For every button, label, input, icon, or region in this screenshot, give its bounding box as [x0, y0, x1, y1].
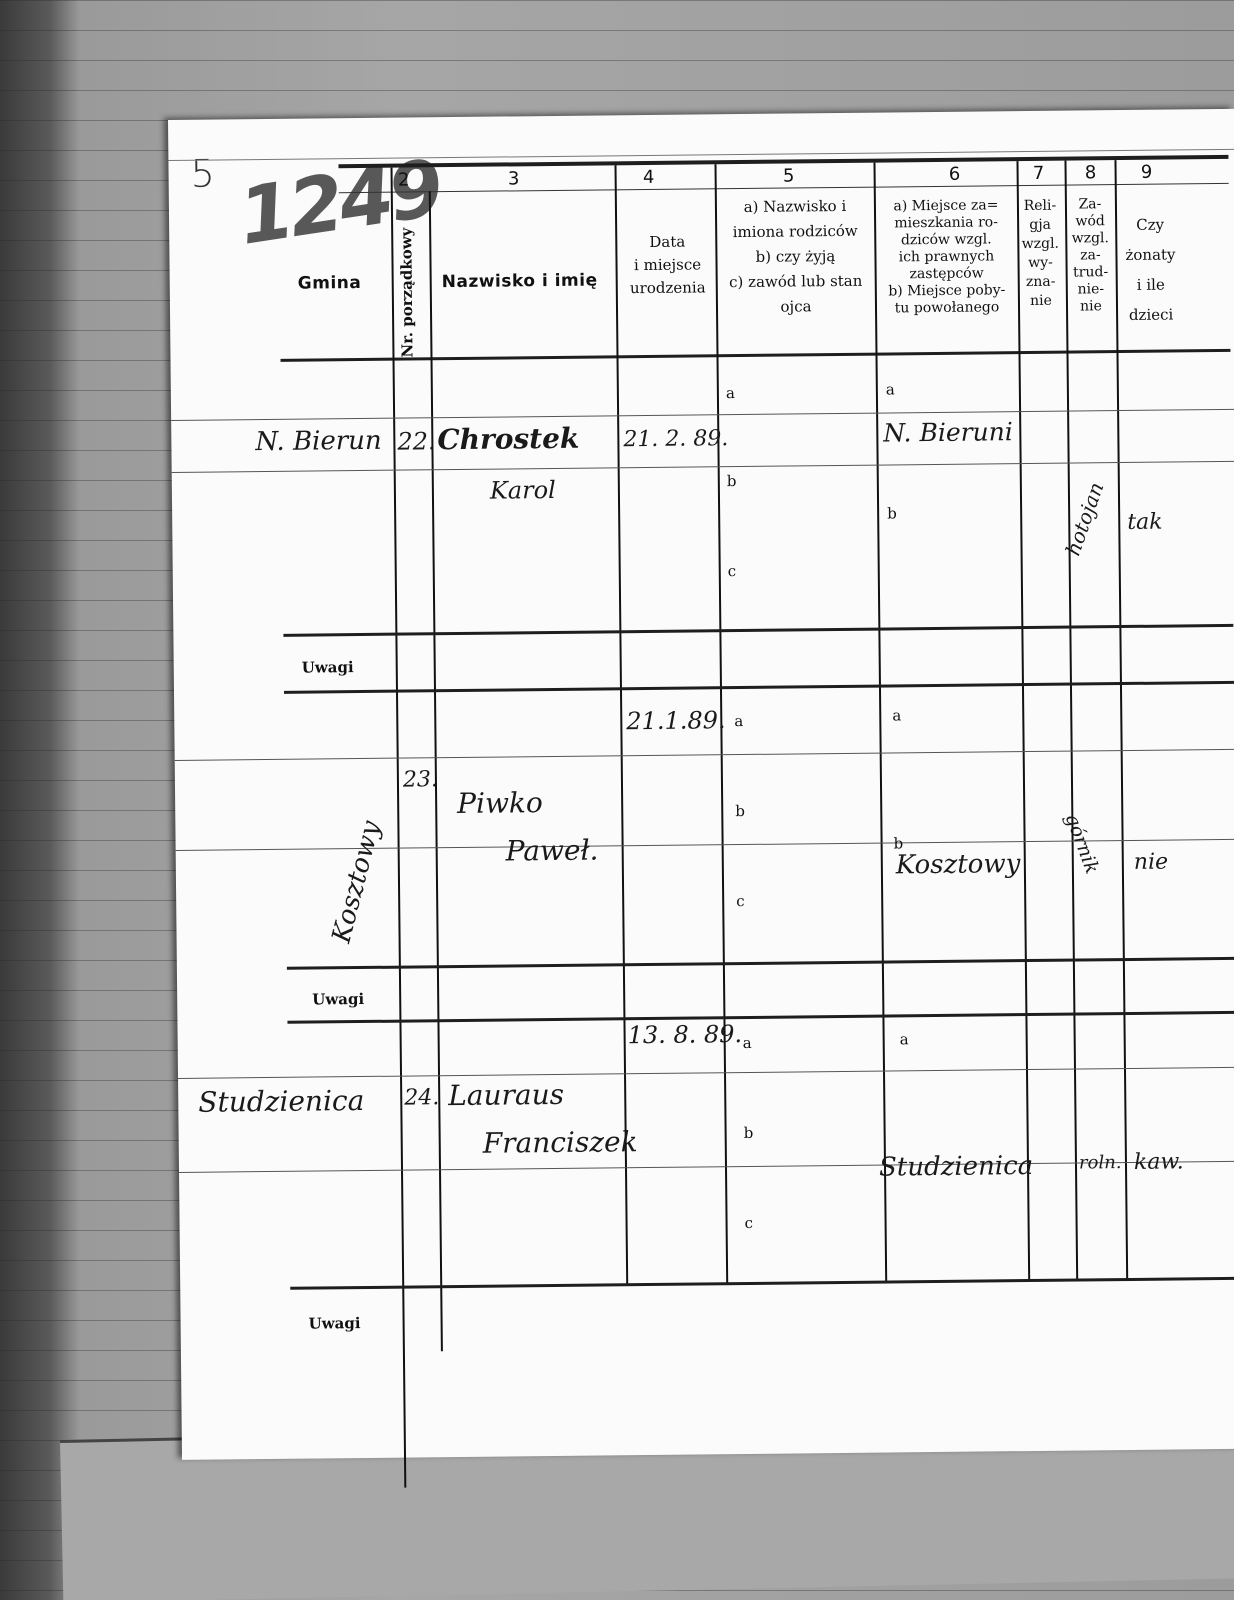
entry1-sub-a: a — [726, 384, 735, 402]
entry2-surname: Piwko — [457, 786, 543, 820]
header-czy-zonaty: Czy żonaty i ile dzieci — [1115, 209, 1186, 330]
guide-line — [172, 461, 1234, 473]
entry3-sub-c: c — [744, 1214, 753, 1232]
entry1-birth-date: 21. 2. 89. — [623, 426, 728, 452]
entry1-res-sub-b: b — [887, 504, 897, 522]
entry3-nr: 24. — [404, 1085, 439, 1110]
entry3-bottom-rule — [290, 1277, 1234, 1290]
header-zawod: Za- wód wzgl. za- trud- nie- nie — [1067, 196, 1114, 315]
entry1-remarks-rule — [284, 681, 1234, 694]
guide-line — [175, 749, 1234, 761]
col-divider-5 — [873, 163, 887, 1283]
entry2-birth-date: 21.1.89. — [626, 706, 726, 735]
entry1-married: tak — [1127, 510, 1163, 535]
entry3-occupation: roln. — [1079, 1152, 1122, 1173]
header-rodzice: a) Nazwisko i imiona rodziców b) czy żyj… — [715, 197, 876, 318]
col-number-4: 4 — [639, 167, 659, 188]
entry3-parents-residence: Studzienica — [879, 1151, 1033, 1183]
col-divider-1 — [391, 168, 407, 1488]
entry2-remarks-label: Uwagi — [312, 990, 364, 1009]
entry2-parents-residence: Kosztowy — [896, 849, 1021, 880]
entry3-gmina: Studzienica — [198, 1084, 364, 1119]
entry1-nr: 22. — [397, 427, 435, 455]
entry3-sub-b: b — [744, 1124, 754, 1142]
entry1-remarks-label: Uwagi — [302, 658, 354, 677]
col-number-9: 9 — [1136, 162, 1156, 183]
col-divider-7 — [1064, 161, 1078, 1281]
entry1-sub-b: b — [727, 472, 737, 490]
register-page: 5 1249 2 3 4 5 6 7 8 9 Gmina Nr. porządk… — [168, 109, 1234, 1460]
entry1-bottom-rule — [283, 624, 1233, 637]
header-nazwisko-imie: Nazwisko i imię — [442, 271, 598, 293]
entry2-sub-a: a — [734, 712, 743, 730]
col-number-5: 5 — [779, 165, 799, 186]
col-number-3: 3 — [504, 168, 524, 189]
entry2-gmina: Kosztowy — [327, 818, 387, 946]
entry3-married: kaw. — [1134, 1149, 1184, 1175]
col-number-8: 8 — [1080, 162, 1100, 183]
entry2-occupation: górnik — [1061, 810, 1104, 876]
guide-line — [171, 409, 1234, 421]
entry1-given-name: Karol — [490, 476, 556, 505]
col-number-6: 6 — [945, 164, 965, 185]
entry3-given-name: Franciszek — [483, 1125, 638, 1160]
entry1-sub-c: c — [728, 562, 737, 580]
entry2-nr: 23. — [403, 767, 438, 792]
entry2-sub-c: c — [736, 892, 745, 910]
entry3-remarks-label: Uwagi — [309, 1314, 361, 1333]
entry1-parents-residence: N. Bieruni — [883, 417, 1013, 447]
page-number: 5 — [190, 152, 215, 196]
header-gmina: Gmina — [298, 273, 362, 294]
entry2-sub-b: b — [735, 802, 745, 820]
entry2-remarks-rule — [287, 1011, 1234, 1024]
entry2-married: nie — [1134, 850, 1168, 875]
col-number-2: 2 — [394, 169, 414, 190]
header-bottom-rule — [281, 349, 1231, 362]
col-number-7: 7 — [1028, 163, 1048, 184]
entry2-bottom-rule — [287, 957, 1234, 970]
header-religia: Reli- gja wzgl. wy- zna- nie — [1017, 197, 1064, 311]
entry1-gmina: N. Bierun — [255, 426, 382, 457]
header-nr-porzadkowy: Nr. porządkowy — [397, 228, 416, 358]
header-data-urodzenia: Data i miejsce urodzenia — [617, 232, 718, 298]
col-divider-6 — [1016, 161, 1030, 1281]
header-miejsce-zamieszkania: a) Miejsce za= mieszkania ro- dziców wzg… — [875, 197, 1018, 317]
entry1-res-sub-a: a — [886, 380, 895, 398]
entry1-surname: Chrostek — [437, 422, 579, 456]
entry3-birth-date: 13. 8. 89. — [627, 1020, 742, 1049]
entry3-surname: Lauraus — [448, 1078, 564, 1112]
entry2-given-name: Paweł. — [506, 834, 599, 868]
entry2-res-sub-a: a — [892, 706, 901, 724]
entry3-res-sub-a: a — [900, 1030, 909, 1048]
entry3-sub-a: a — [743, 1034, 752, 1052]
